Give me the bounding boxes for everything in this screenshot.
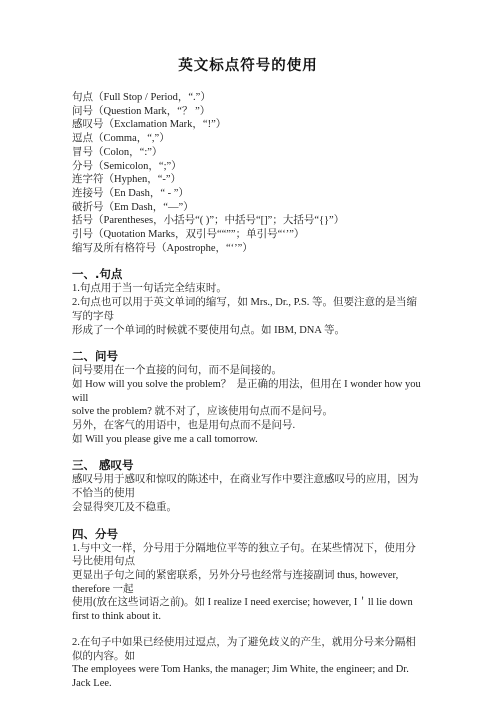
section-full-stop: 一、.句点 1.句点用于当一句话完全结束时。 2.句点也可以用于英文单词的缩写，… (72, 267, 422, 337)
paragraph: 1.句点用于当一句话完全结束时。 2.句点也可以用于英文单词的缩写，如 Mrs.… (72, 282, 422, 337)
punctuation-list-line: 句点（Full Stop / Period，“.”） (72, 91, 422, 105)
punctuation-list-line: 连字符（Hyphen，“-”） (72, 173, 422, 187)
section-question-mark: 二、问号 问号要用在一个直接的问句，而不是间接的。 如 How will you… (72, 349, 422, 446)
punctuation-list: 句点（Full Stop / Period，“.”） 问号（Question M… (72, 91, 422, 255)
paragraph-line: 2.句点也可以用于英文单词的缩写，如 Mrs., Dr., P.S. 等。但要注… (72, 296, 422, 323)
punctuation-list-line: 引号（Quotation Marks，双引号““””；单引号“‘’”） (72, 228, 422, 242)
paragraph-line: 1.句点用于当一句话完全结束时。 (72, 282, 422, 296)
punctuation-list-line: 破折号（Em Dash，“—”） (72, 201, 422, 215)
section-exclamation-mark: 三、 感叹号 感叹号用于感叹和惊叹的陈述中，在商业写作中要注意感叹号的应用，因为… (72, 458, 422, 514)
paragraph-line: 更显出子句之间的紧密联系，另外分号也经常与连接副词 thus, however,… (72, 569, 422, 596)
paragraph: 问号要用在一个直接的问句，而不是间接的。 如 How will you solv… (72, 364, 422, 446)
section-heading: 一、.句点 (72, 267, 422, 282)
paragraph-line: 2.在句子中如果已经使用过逗点，为了避免歧义的产生，就用分号来分隔相似的内容。如 (72, 636, 422, 663)
section-semicolon: 四、分号 1.与中文一样，分号用于分隔地位平等的独立子句。在某些情况下，使用分号… (72, 527, 422, 691)
document-page: 英文标点符号的使用 句点（Full Stop / Period，“.”） 问号（… (0, 0, 496, 702)
punctuation-list-line: 分号（Semicolon，“;”） (72, 160, 422, 174)
paragraph-line: Jack Lee. (72, 677, 422, 691)
paragraph-line: 1.与中文一样，分号用于分隔地位平等的独立子句。在某些情况下，使用分号比使用句点 (72, 542, 422, 569)
page-title: 英文标点符号的使用 (0, 0, 496, 75)
paragraph: 1.与中文一样，分号用于分隔地位平等的独立子句。在某些情况下，使用分号比使用句点… (72, 542, 422, 624)
paragraph-line: 感叹号用于感叹和惊叹的陈述中，在商业写作中要注意感叹号的应用，因为不恰当的使用 (72, 473, 422, 500)
paragraph-line: 问号要用在一个直接的问句，而不是间接的。 (72, 364, 422, 378)
punctuation-list-line: 括号（Parentheses，小括号“( )”；中括号“[]”；大括号“{}”） (72, 214, 422, 228)
section-heading: 二、问号 (72, 349, 422, 364)
paragraph-line: The employees were Tom Hanks, the manage… (72, 663, 422, 677)
paragraph-line: 使用(放在这些词语之前)。如 I realize I need exercise… (72, 596, 422, 610)
paragraph: 2.在句子中如果已经使用过逗点，为了避免歧义的产生，就用分号来分隔相似的内容。如… (72, 636, 422, 691)
paragraph-line: 如 Will you please give me a call tomorro… (72, 433, 422, 447)
paragraph-line: 会显得突兀及不稳重。 (72, 501, 422, 515)
punctuation-list-line: 感叹号（Exclamation Mark，“!”） (72, 118, 422, 132)
paragraph-line: 如 How will you solve the problem？ 是正确的用法… (72, 378, 422, 405)
paragraph: 感叹号用于感叹和惊叹的陈述中，在商业写作中要注意感叹号的应用，因为不恰当的使用 … (72, 473, 422, 514)
section-heading: 三、 感叹号 (72, 458, 422, 473)
paragraph-line: 另外，在客气的用语中，也是用句点而不是问号. (72, 419, 422, 433)
paragraph-line: 形成了一个单词的时候就不要使用句点。如 IBM, DNA 等。 (72, 324, 422, 338)
punctuation-list-line: 缩写及所有格符号（Apostrophe，“‘’”） (72, 242, 422, 256)
paragraph-line: solve the problem? 就不对了，应该使用句点而不是问号。 (72, 405, 422, 419)
punctuation-list-line: 问号（Question Mark，“？ ”） (72, 105, 422, 119)
document-body: 句点（Full Stop / Period，“.”） 问号（Question M… (72, 91, 422, 691)
punctuation-list-line: 连接号（En Dash，“ - ”） (72, 187, 422, 201)
section-heading: 四、分号 (72, 527, 422, 542)
punctuation-list-line: 逗点（Comma，“,”） (72, 132, 422, 146)
punctuation-list-line: 冒号（Colon，“:”） (72, 146, 422, 160)
paragraph-line: first to think about it. (72, 610, 422, 624)
